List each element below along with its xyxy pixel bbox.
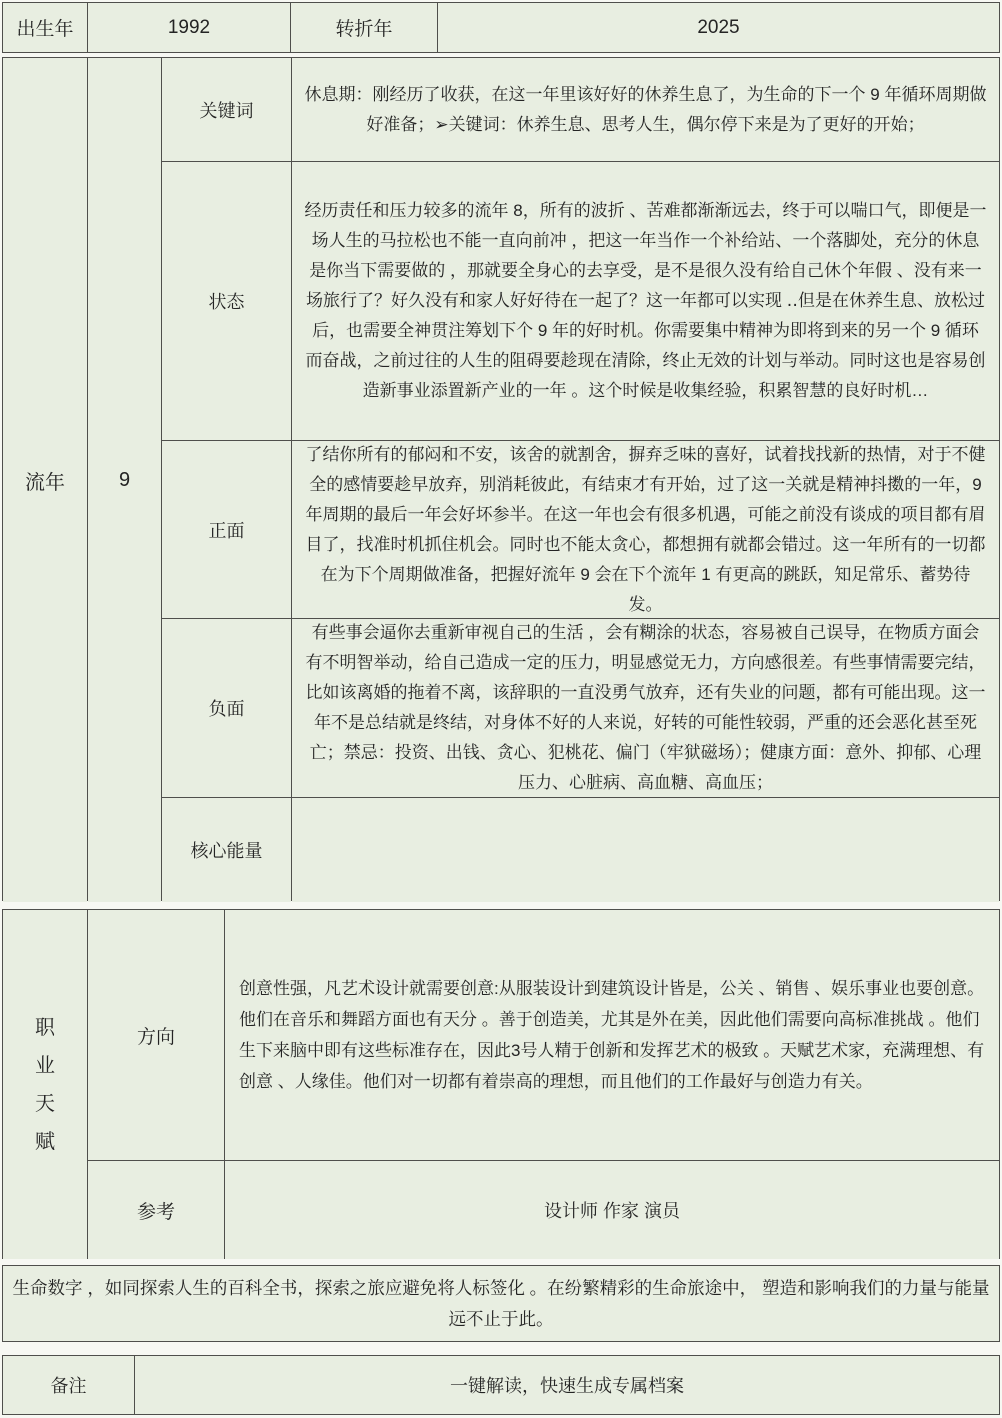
direction-content: 创意性强，凡艺术设计就需要创意:从服装设计到建筑设计皆是，公关 、销售 、娱乐事… xyxy=(225,910,999,1160)
core-energy-content xyxy=(292,798,999,902)
row-label-direction: 方向 xyxy=(88,910,224,1160)
row-label-negative: 负面 xyxy=(162,619,291,797)
row-label-reference: 参考 xyxy=(88,1161,224,1259)
remark-table: 备注 一键解读，快速生成专属档案 xyxy=(2,1355,1000,1415)
birth-year-label: 出生年 xyxy=(3,3,87,52)
remark-content: 一键解读，快速生成专属档案 xyxy=(135,1356,999,1414)
remark-label: 备注 xyxy=(3,1356,134,1414)
career-section-label: 职业天赋 xyxy=(3,910,87,1259)
keywords-content: 休息期：刚经历了收获，在这一年里该好好的休养生息了，为生命的下一个 9 年循环周… xyxy=(292,58,999,161)
positive-content: 了结你所有的郁闷和不安，该舍的就割舍，摒弃乏味的喜好，试着找找新的热情，对于不健… xyxy=(292,441,999,618)
numerology-report-page: 出生年 1992 转折年 2025 流年 9 关键词 休息期：刚经历了收获，在这… xyxy=(0,0,1002,1417)
turning-year-value: 2025 xyxy=(438,3,999,52)
career-section-label-text: 职业天赋 xyxy=(34,1009,57,1161)
status-content: 经历责任和压力较多的流年 8，所有的波折 、苦难都渐渐远去，终于可以喘口气，即便… xyxy=(292,162,999,440)
row-label-core-energy: 核心能量 xyxy=(162,798,291,902)
liunian-section-label: 流年 xyxy=(3,58,87,902)
turning-year-label: 转折年 xyxy=(291,3,437,52)
reference-content: 设计师 作家 演员 xyxy=(225,1161,999,1259)
row-label-status: 状态 xyxy=(162,162,291,440)
row-label-keywords: 关键词 xyxy=(162,58,291,161)
row-label-positive: 正面 xyxy=(162,441,291,618)
life-number-note-text: 生命数字 ，如同探索人生的百科全书，探索之旅应避免将人标签化 。在纷繁精彩的生命… xyxy=(3,1266,999,1341)
liunian-table: 流年 9 关键词 休息期：刚经历了收获，在这一年里该好好的休养生息了，为生命的下… xyxy=(2,57,1000,901)
negative-content: 有些事会逼你去重新审视自己的生活 ，会有糊涂的状态，容易被自己误导，在物质方面会… xyxy=(292,619,999,797)
life-number-note-table: 生命数字 ，如同探索人生的百科全书，探索之旅应避免将人标签化 。在纷繁精彩的生命… xyxy=(2,1265,1000,1342)
liunian-number: 9 xyxy=(88,58,161,902)
year-header-table: 出生年 1992 转折年 2025 xyxy=(2,2,1000,53)
career-table: 职业天赋 方向 创意性强，凡艺术设计就需要创意:从服装设计到建筑设计皆是，公关 … xyxy=(2,909,1000,1259)
birth-year-value: 1992 xyxy=(88,3,290,52)
